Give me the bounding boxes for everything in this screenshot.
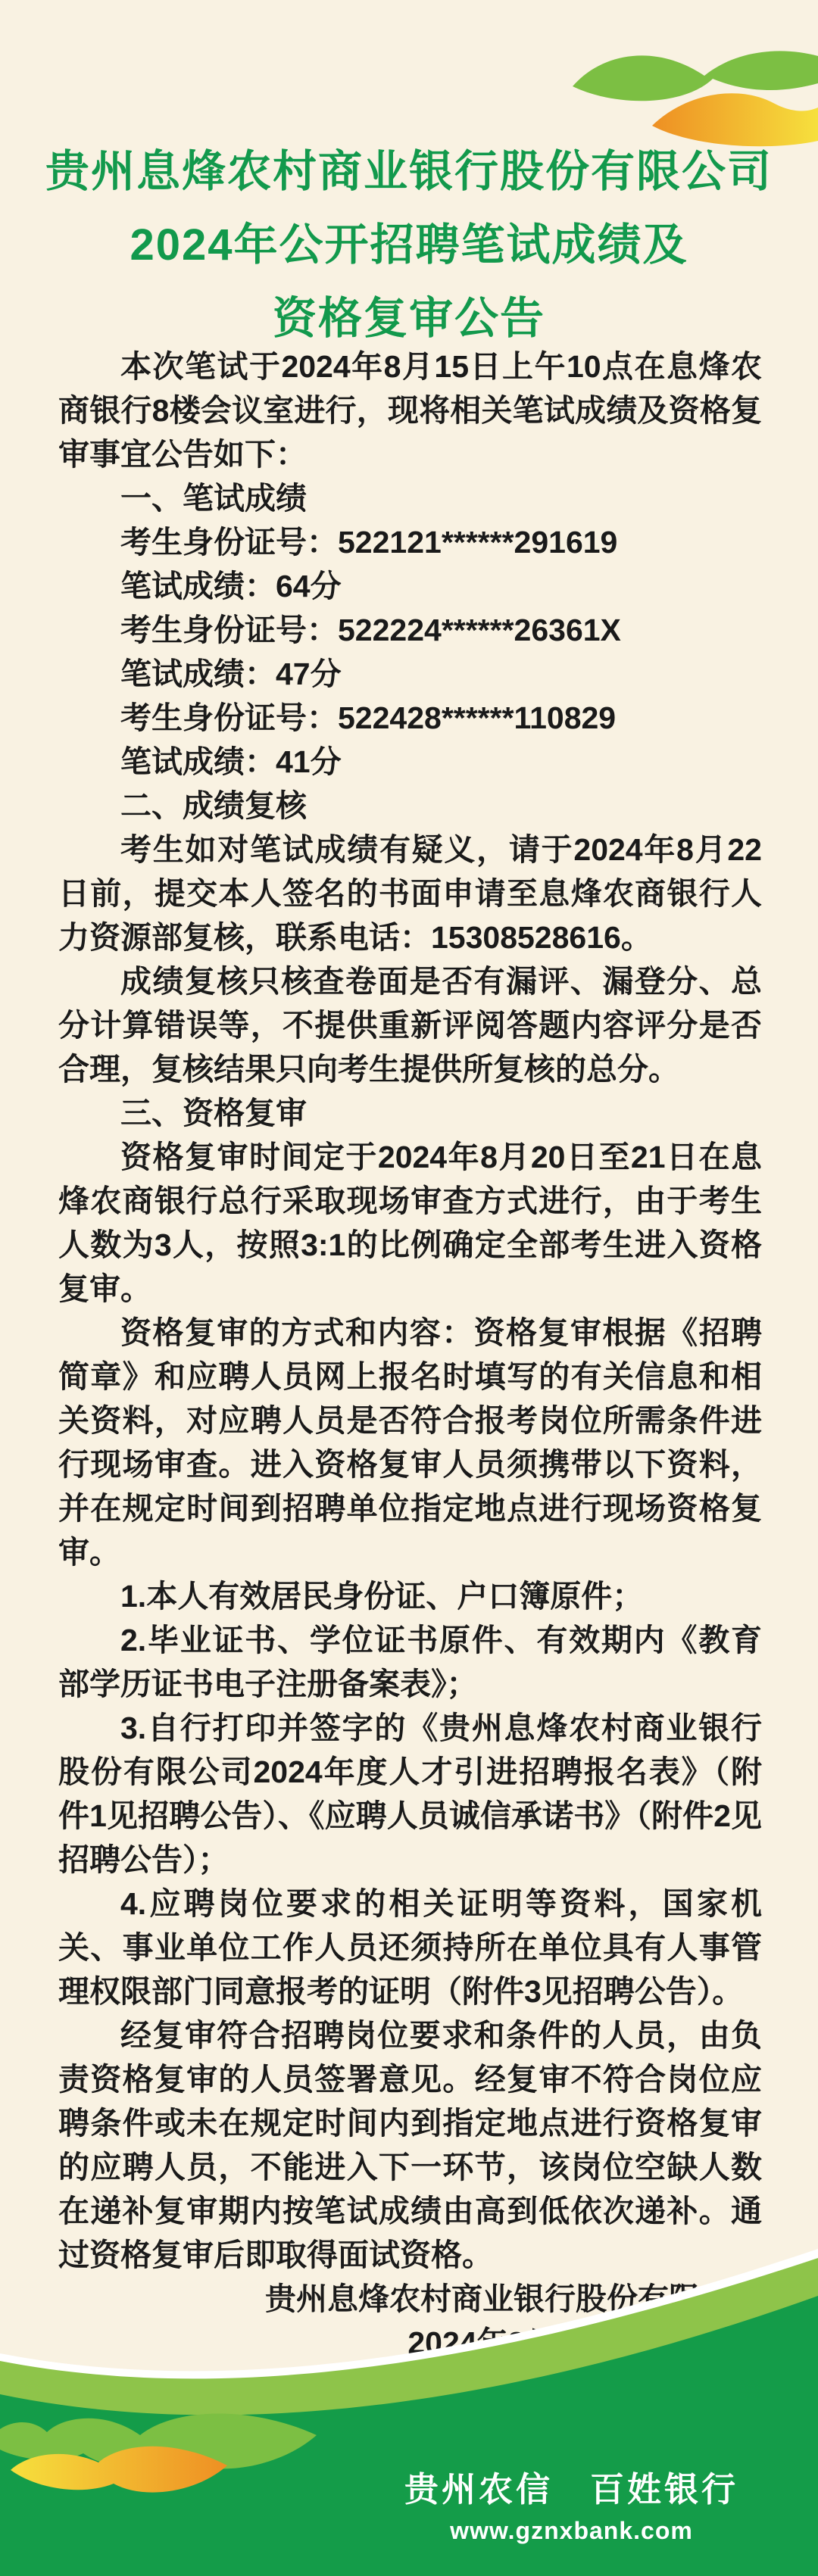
footer-url: www.gznxbank.com [404,2517,738,2544]
section-heading-written-scores: 一、笔试成绩 [58,476,762,520]
score-line: 笔试成绩：41分 [58,740,762,784]
score-review-paragraph-1: 考生如对笔试成绩有疑义，请于2024年8月22日前，提交本人签名的书面申请至息烽… [58,828,762,959]
score-line: 笔试成绩：47分 [58,652,762,696]
intro-paragraph: 本次笔试于2024年8月15日上午10点在息烽农商银行8楼会议室进行，现将相关笔… [58,345,762,476]
required-material-item-3: 3.自行打印并签字的《贵州息烽农村商业银行股份有限公司2024年度人才引进招聘报… [58,1706,762,1882]
green-wave-shape [573,51,818,101]
candidate-id-line: 考生身份证号：522121******291619 [58,520,762,564]
title-line-2: 2024年公开招聘笔试成绩及 [0,208,818,282]
score-line: 笔试成绩：64分 [58,564,762,608]
page-title: 贵州息烽农村商业银行股份有限公司 2024年公开招聘笔试成绩及 资格复审公告 [0,135,818,355]
required-material-item-4: 4.应聘岗位要求的相关证明等资料，国家机关、事业单位工作人员还须持所在单位具有人… [58,1882,762,2013]
title-line-1: 贵州息烽农村商业银行股份有限公司 [0,135,818,208]
candidate-id-line: 考生身份证号：522428******110829 [58,696,762,740]
score-review-paragraph-2: 成绩复核只核查卷面是否有漏评、漏登分、总分计算错误等，不提供重新评阅答题内容评分… [58,959,762,1091]
footer-brand-text: 贵州农信 百姓银行 www.gznxbank.com [404,2470,738,2544]
announcement-body: 本次笔试于2024年8月15日上午10点在息烽农商银行8楼会议室进行，现将相关笔… [58,345,762,2365]
required-material-item-2: 2.毕业证书、学位证书原件、有效期内《教育部学历证书电子注册备案表》； [58,1618,762,1706]
required-material-item-1: 1.本人有效居民身份证、户口簿原件； [58,1574,762,1618]
section-heading-qualification-review: 三、资格复审 [58,1091,762,1135]
section-heading-score-review: 二、成绩复核 [58,784,762,828]
footer: 贵州农信 百姓银行 www.gznxbank.com [0,2188,818,2576]
qualification-paragraph-2: 资格复审的方式和内容：资格复审根据《招聘简章》和应聘人员网上报名时填写的有关信息… [58,1311,762,1574]
qualification-paragraph-1: 资格复审时间定于2024年8月20日至21日在息烽农商银行总行采取现场审查方式进… [58,1135,762,1311]
candidate-id-line: 考生身份证号：522224******26361X [58,608,762,652]
announcement-page: 贵州息烽农村商业银行股份有限公司 2024年公开招聘笔试成绩及 资格复审公告 本… [0,0,818,2576]
footer-slogan: 贵州农信 百姓银行 [404,2470,738,2509]
